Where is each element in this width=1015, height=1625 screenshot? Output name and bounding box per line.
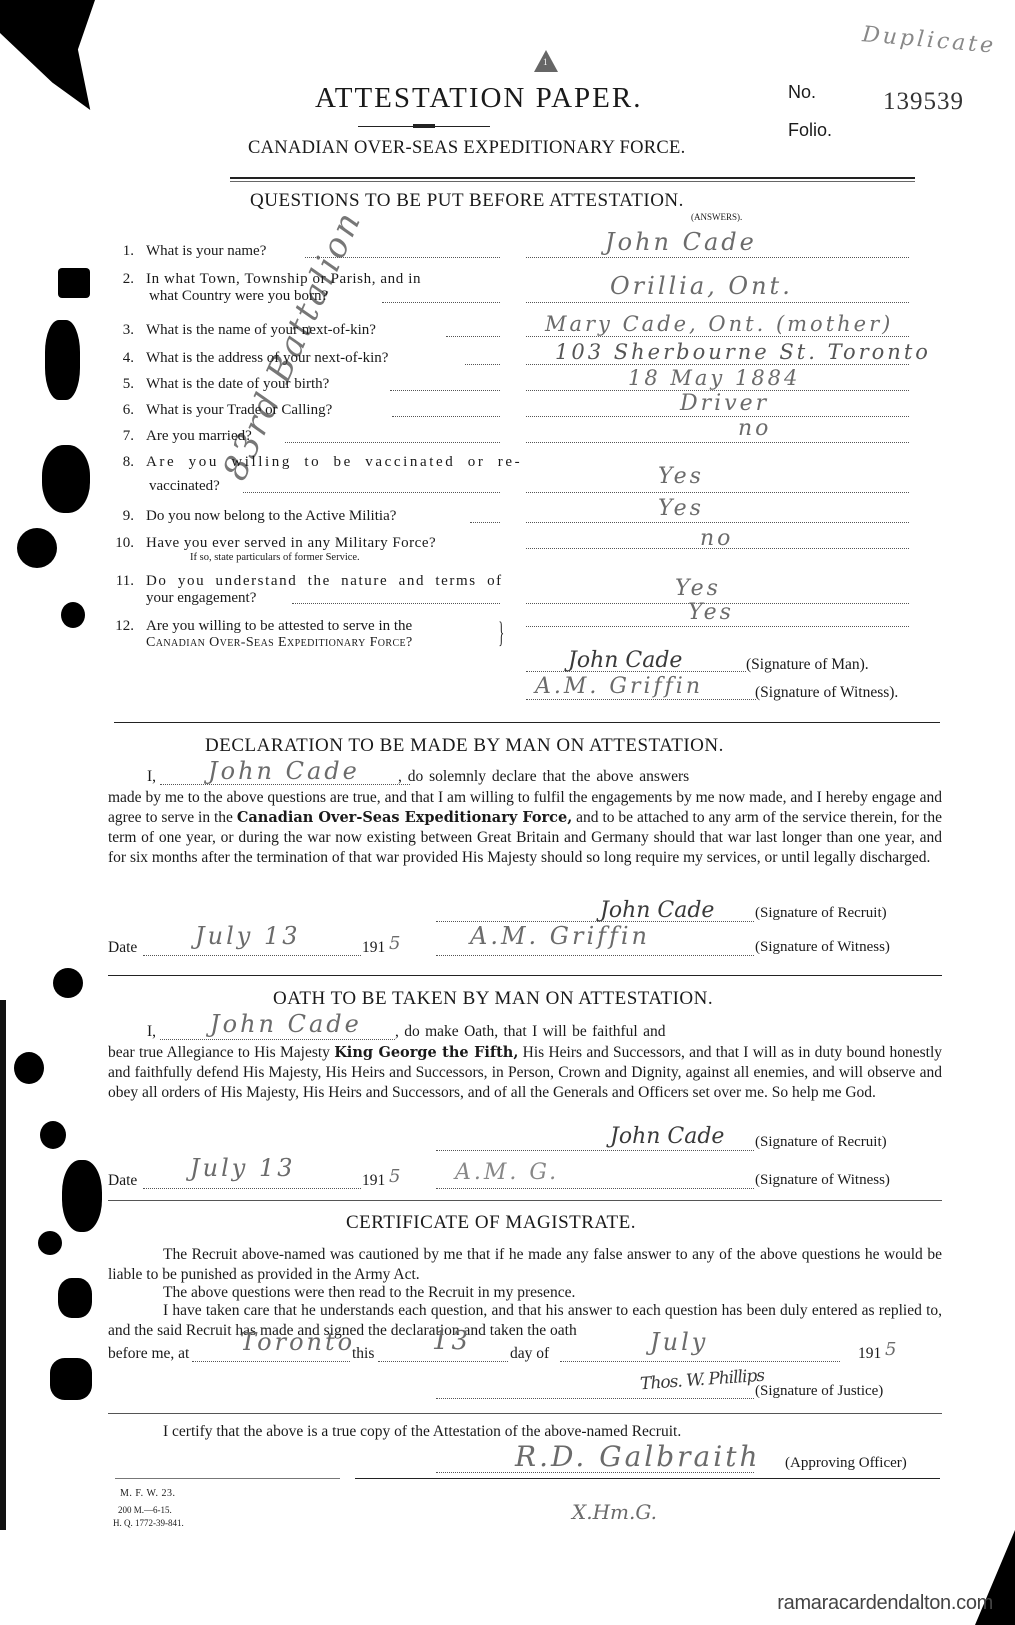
answer-line [526, 336, 909, 337]
declaration-date-label: Date [108, 939, 137, 957]
answer-field[interactable]: Orillia, Ont. [610, 272, 793, 300]
oath-year-suffix[interactable]: 5 [389, 1166, 403, 1187]
declaration-title: DECLARATION TO BE MADE BY MAN ON ATTESTA… [205, 735, 724, 757]
answer-line [526, 257, 909, 258]
answer-field[interactable]: Yes [688, 600, 734, 625]
hq-reference: H. Q. 1772-39-841. [113, 1518, 184, 1528]
question-number: 11. [108, 572, 134, 590]
oath-signature-witness[interactable]: A.M. G. [455, 1160, 559, 1185]
title-ornament [413, 124, 435, 128]
no-label: No. [788, 82, 816, 103]
date-line [143, 1188, 361, 1189]
answer-line [526, 626, 909, 627]
leader-dots [446, 336, 500, 337]
brace: } [498, 618, 504, 648]
answer-line [526, 522, 909, 523]
answer-field[interactable]: Yes [658, 496, 704, 521]
question-text: What is your name? [146, 242, 266, 260]
watermark: ramaracardendalton.com [777, 1592, 993, 1615]
binding-hole [38, 1231, 62, 1255]
magistrate-para1-text: The Recruit above-named was cautioned by… [108, 1246, 942, 1283]
answer-line [526, 416, 909, 417]
leader-dots [243, 492, 500, 493]
answer-field[interactable]: Yes [658, 464, 704, 489]
oath-i: I, [147, 1023, 156, 1041]
answer-line [526, 364, 909, 365]
leader-dots [285, 442, 500, 443]
before-label: before me, at [108, 1345, 189, 1363]
magistrate-year-suffix[interactable]: 5 [885, 1339, 899, 1360]
binding-hole [40, 1121, 66, 1149]
answer-field[interactable]: Mary Cade, Ont. (mother) [545, 312, 893, 336]
question-number: 7. [108, 427, 134, 445]
name-line [160, 1039, 395, 1040]
question-text: Canadian Over-Seas Expeditionary Force? [146, 634, 413, 652]
question-number: 3. [108, 321, 134, 339]
footer-rule [355, 1478, 940, 1479]
footer-rule [115, 1478, 340, 1479]
magistrate-year-prefix: 191 [858, 1345, 881, 1363]
oath-line1: , do make Oath, that I will be faithful … [395, 1023, 665, 1041]
print-run: 200 M.—6-15. [118, 1505, 172, 1515]
question-text: your engagement? [146, 589, 256, 607]
answers-label: (ANSWERS). [691, 212, 742, 222]
question-text: Do you understand the nature and terms o… [146, 572, 503, 590]
oath-name[interactable]: John Cade [210, 1010, 362, 1038]
magistrate-para2: The above questions were then read to th… [108, 1283, 942, 1303]
question-text: Are you willing to be attested to serve … [146, 617, 412, 635]
declaration-signature-recruit[interactable]: John Cade [600, 898, 714, 923]
question-text: what Country were you born? [149, 287, 328, 305]
oath-body-a: bear true Allegiance to His Majesty [108, 1044, 334, 1061]
binding-hole [62, 1160, 102, 1232]
month-line [560, 1361, 840, 1362]
question-subtext: If so, state particulars of former Servi… [190, 552, 360, 564]
question-number: 8. [108, 453, 134, 471]
leader-dots [465, 364, 500, 365]
answer-field[interactable]: 103 Sherbourne St. Toronto [555, 340, 931, 364]
magistrate-day[interactable]: 13 [432, 1326, 471, 1356]
magistrate-para3: I have taken care that he understands ea… [108, 1301, 942, 1341]
folio-label: Folio. [788, 120, 832, 141]
declaration-name[interactable]: John Cade [208, 757, 360, 785]
magistrate-title: CERTIFICATE OF MAGISTRATE. [346, 1212, 636, 1234]
oath-signature-recruit[interactable]: John Cade [610, 1124, 724, 1149]
question-text: Are you willing to be vaccinated or re- [146, 453, 522, 471]
signature-line [436, 955, 754, 956]
magistrate-para1: The Recruit above-named was cautioned by… [108, 1245, 942, 1285]
answer-line [526, 442, 909, 443]
declaration-year-suffix[interactable]: 5 [389, 933, 403, 954]
signature-approving-officer[interactable]: R.D. Galbraith [515, 1440, 761, 1473]
date-line [143, 955, 361, 956]
question-text: vaccinated? [149, 477, 220, 495]
signature-line [436, 1398, 754, 1399]
signature-man[interactable]: John Cade [568, 648, 682, 673]
section-rule [108, 975, 942, 976]
signature-justice[interactable]: Thos. W. Phillips [639, 1366, 764, 1395]
answer-field[interactable]: John Cade [605, 228, 757, 256]
question-text: Have you ever served in any Military For… [146, 534, 436, 552]
triangle-mark: 1 [534, 50, 558, 72]
declaration-i: I, [147, 768, 156, 786]
oath-year-prefix: 191 [362, 1172, 385, 1190]
signature-approving-officer-label: (Approving Officer) [785, 1455, 907, 1472]
header-rule-thin [230, 181, 915, 182]
question-number: 4. [108, 349, 134, 367]
signature-justice-label: (Signature of Justice) [755, 1383, 883, 1400]
leader-dots [470, 522, 500, 523]
question-number: 5. [108, 375, 134, 393]
answer-line [526, 302, 909, 303]
oath-signature-recruit-label: (Signature of Recruit) [755, 1134, 887, 1151]
questions-title: QUESTIONS TO BE PUT BEFORE ATTESTATION. [250, 190, 684, 212]
leader-dots [305, 257, 500, 258]
oath-date-label: Date [108, 1172, 137, 1190]
magistrate-month[interactable]: July [650, 1328, 708, 1356]
signature-witness[interactable]: A.M. Griffin [535, 674, 703, 699]
signature-line [436, 1150, 754, 1151]
question-text: In what Town, Township or Parish, and in [146, 270, 421, 288]
question-number: 1. [108, 242, 134, 260]
magistrate-place[interactable]: Toronto [240, 1328, 355, 1356]
binding-hole [58, 1278, 92, 1318]
question-number: 10. [108, 534, 134, 552]
question-text: Are you married? [146, 427, 252, 445]
signature-line [436, 1188, 754, 1189]
leader-dots [390, 390, 500, 391]
oath-signature-witness-label: (Signature of Witness) [755, 1172, 890, 1189]
signature-man-label: (Signature of Man). [746, 656, 869, 674]
corner-note: Duplicate [861, 22, 997, 59]
declaration-body: made by me to the above questions are tr… [108, 788, 942, 868]
binding-hole [50, 1358, 92, 1400]
magistrate-para3-text: I have taken care that he understands ea… [108, 1302, 942, 1339]
day-of-label: day of [510, 1345, 549, 1363]
declaration-body-bold: Canadian Over-Seas Expeditionary Force, [237, 809, 572, 826]
oath-body-bold: King George the Fifth, [334, 1044, 518, 1061]
declaration-line1: , do solemnly declare that the above ans… [398, 768, 689, 786]
binding-hole [45, 320, 80, 400]
leader-dots [382, 302, 500, 303]
section-rule [108, 1200, 942, 1201]
section-rule [108, 1413, 942, 1414]
left-edge-shadow [0, 1000, 6, 1530]
header-rule [230, 177, 915, 179]
answer-field[interactable]: Driver [680, 391, 769, 416]
page-title: ATTESTATION PAPER. [315, 82, 642, 115]
answer-field[interactable]: no [738, 416, 771, 441]
question-text: What is the date of your birth? [146, 375, 329, 393]
answer-field[interactable]: 18 May 1884 [628, 366, 800, 390]
oath-body: bear true Allegiance to His Majesty King… [108, 1043, 942, 1103]
declaration-signature-recruit-label: (Signature of Recruit) [755, 905, 887, 922]
leader-dots [392, 416, 500, 417]
question-number: 12. [108, 617, 134, 635]
torn-corner [0, 0, 95, 110]
question-text: What is your Trade or Calling? [146, 401, 332, 419]
signature-witness-label: (Signature of Witness). [755, 684, 898, 702]
magistrate-para2-text: The above questions were then read to th… [163, 1284, 575, 1301]
section-rule [114, 722, 940, 723]
binding-hole [17, 528, 57, 568]
regimental-number: 139539 [883, 88, 964, 116]
page-subtitle: CANADIAN OVER-SEAS EXPEDITIONARY FORCE. [248, 138, 686, 159]
declaration-year-prefix: 191 [362, 939, 385, 957]
declaration-signature-witness[interactable]: A.M. Griffin [470, 922, 650, 950]
day-line [378, 1361, 508, 1362]
answer-field[interactable]: Yes [675, 576, 721, 601]
oath-date[interactable]: July 13 [190, 1154, 295, 1182]
binding-hole [42, 445, 90, 513]
answer-field[interactable]: no [700, 526, 733, 551]
question-number: 6. [108, 401, 134, 419]
binding-hole [14, 1052, 44, 1084]
form-code: M. F. W. 23. [120, 1488, 176, 1499]
declaration-date[interactable]: July 13 [195, 922, 300, 950]
handwritten-note: X.Hm.G. [572, 1500, 657, 1524]
question-number: 9. [108, 507, 134, 525]
leader-dots [292, 603, 500, 604]
answer-line [526, 492, 909, 493]
binding-hole [58, 268, 90, 298]
signature-line [526, 699, 756, 700]
binding-hole [53, 968, 83, 998]
question-text: What is the address of your next-of-kin? [146, 349, 388, 367]
question-number: 2. [108, 270, 134, 288]
binding-hole [61, 602, 85, 628]
oath-title: OATH TO BE TAKEN BY MAN ON ATTESTATION. [273, 988, 713, 1010]
question-text: What is the name of your next-of-kin? [146, 321, 376, 339]
this-label: this [352, 1345, 374, 1363]
triangle-mark-number: 1 [543, 57, 548, 67]
declaration-signature-witness-label: (Signature of Witness) [755, 939, 890, 956]
certification-text: I certify that the above is a true copy … [163, 1423, 681, 1441]
question-text: Do you now belong to the Active Militia? [146, 507, 396, 525]
place-line [192, 1361, 350, 1362]
